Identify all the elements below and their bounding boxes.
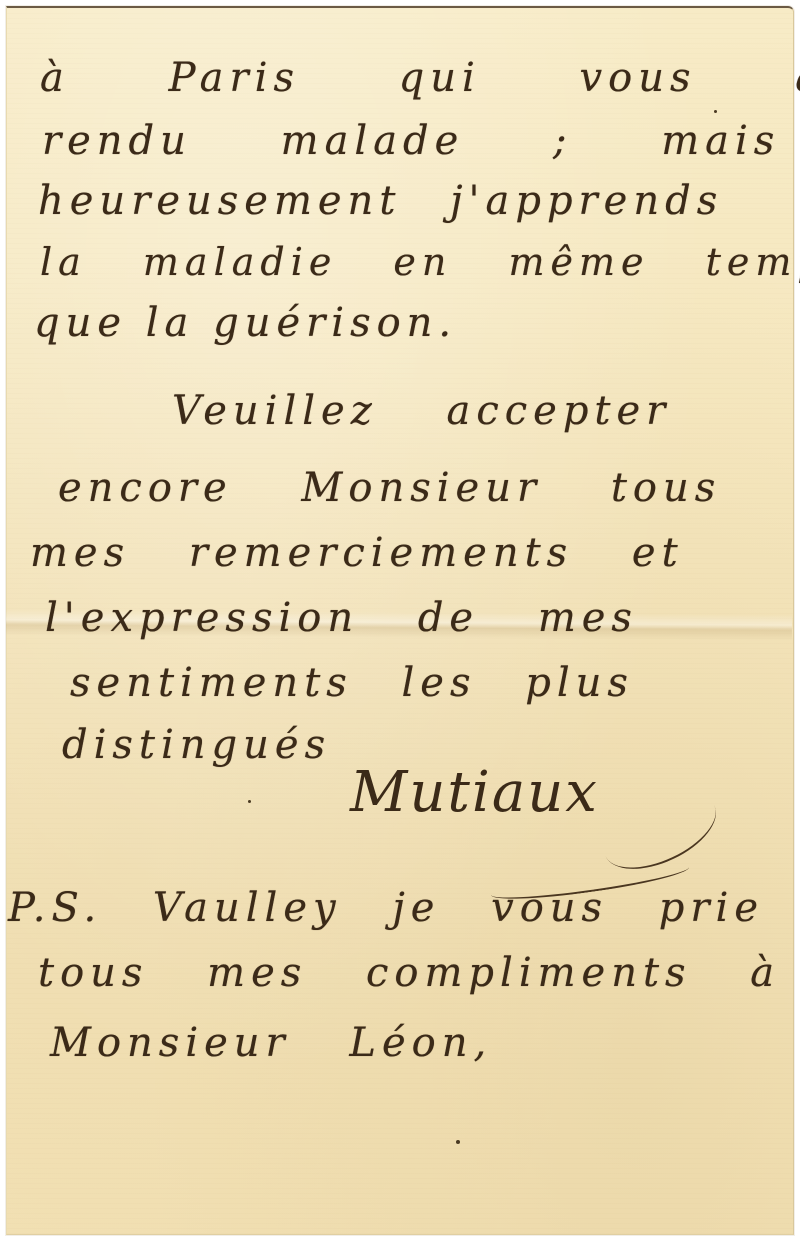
- letter-line: heureusement j'apprends: [38, 178, 723, 224]
- letter-line: mes remerciements et: [30, 530, 684, 576]
- letter-line: la maladie en même temps: [40, 240, 800, 284]
- signature: Mutiaux: [350, 760, 599, 825]
- letter-line: distingués: [62, 722, 331, 768]
- postscript-line: Monsieur Léon,: [50, 1020, 492, 1066]
- letter-line: rendu malade ; mais: [42, 118, 780, 164]
- letter-line: que la guérison.: [34, 300, 457, 346]
- ink-speck: [248, 800, 251, 803]
- ink-speck: [714, 110, 717, 113]
- postscript-line: P.S. Vaulley je vous prie faire: [8, 885, 800, 931]
- letter-line: Veuillez accepter: [172, 388, 671, 434]
- letter-line: à Paris qui vous a: [40, 55, 800, 101]
- postscript-line: tous mes compliments à: [38, 950, 780, 996]
- letter-line: sentiments les plus: [70, 660, 634, 706]
- letter-line: encore Monsieur tous: [58, 465, 721, 511]
- ink-speck: [456, 1140, 460, 1144]
- letter-line: l'expression de mes: [45, 595, 638, 641]
